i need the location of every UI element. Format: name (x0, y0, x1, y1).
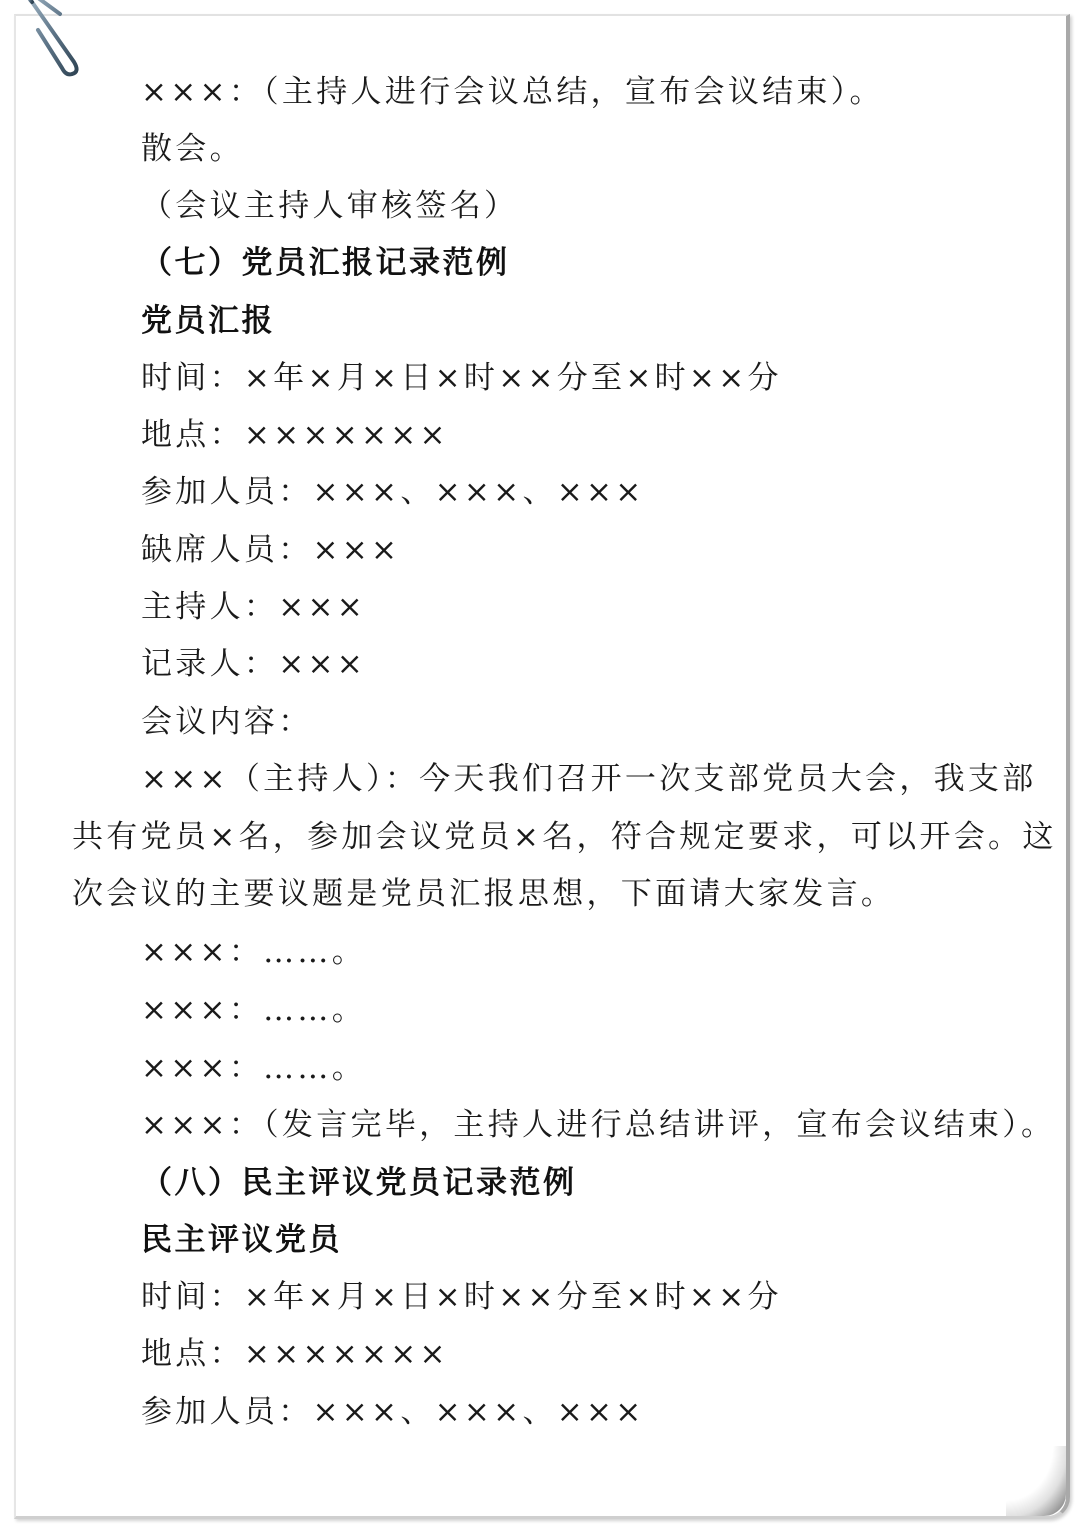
field-value: ××× (313, 532, 401, 568)
field-value: ××× (278, 646, 366, 682)
field-location: 地点：××××××× (141, 1334, 449, 1374)
section-title-7: 党员汇报 (141, 301, 275, 341)
field-value: ××××××× (244, 417, 449, 453)
page-curl-decoration (1006, 1446, 1066, 1516)
field-value: ××× (278, 589, 366, 625)
field-label: 地点： (141, 1336, 244, 1372)
field-value: ×××、×××、××× (313, 1394, 645, 1430)
speech-line: ×××：……。 (141, 1048, 366, 1088)
field-label: 参加人员： (141, 1394, 313, 1430)
opening-line-3: 次会议的主要议题是党员汇报思想，下面请大家发言。 (72, 874, 895, 914)
field-location: 地点：××××××× (141, 415, 449, 455)
field-time: 时间：×年×月×日×时××分至×时××分 (141, 358, 782, 398)
field-label: 缺席人员： (141, 532, 313, 568)
field-recorder: 记录人：××× (141, 644, 366, 684)
field-time: 时间：×年×月×日×时××分至×时××分 (141, 1277, 782, 1317)
field-label: 时间： (141, 1279, 244, 1315)
opening-line-1: ×××（主持人）：今天我们召开一次支部党员大会，我支部 (141, 759, 1037, 799)
field-value: ×年×月×日×时××分至×时××分 (244, 360, 782, 396)
speech-line: ×××：……。 (141, 990, 366, 1030)
field-value: ××××××× (244, 1336, 449, 1372)
field-attendees: 参加人员：×××、×××、××× (141, 1392, 645, 1432)
field-value: ×年×月×日×时××分至×时××分 (244, 1279, 782, 1315)
field-label: 会议内容： (141, 704, 313, 740)
field-label: 地点： (141, 417, 244, 453)
field-content: 会议内容： (141, 702, 313, 742)
field-label: 主持人： (141, 589, 278, 625)
signature-note: （会议主持人审核签名） (141, 186, 518, 226)
field-label: 参加人员： (141, 474, 313, 510)
closing-line: ×××：（主持人进行会议总结，宣布会议结束）。 (141, 72, 884, 112)
field-label: 记录人： (141, 646, 278, 682)
paperclip-icon (22, 0, 92, 80)
field-host: 主持人：××× (141, 587, 366, 627)
field-absentees: 缺席人员：××× (141, 530, 400, 570)
section-heading-8: （八）民主评议党员记录范例 (141, 1163, 577, 1203)
opening-line-2: 共有党员×名，参加会议党员×名，符合规定要求，可以开会。这 (72, 817, 1057, 857)
section-title-8: 民主评议党员 (141, 1220, 342, 1260)
field-attendees: 参加人员：×××、×××、××× (141, 472, 645, 512)
speech-line: ×××：……。 (141, 932, 366, 972)
section7-closing: ×××：（发言完毕，主持人进行总结讲评，宣布会议结束）。 (141, 1105, 1055, 1145)
field-value: ×××、×××、××× (313, 474, 645, 510)
section-heading-7: （七）党员汇报记录范例 (141, 243, 510, 283)
adjourn-line: 散会。 (141, 129, 244, 169)
field-label: 时间： (141, 360, 244, 396)
